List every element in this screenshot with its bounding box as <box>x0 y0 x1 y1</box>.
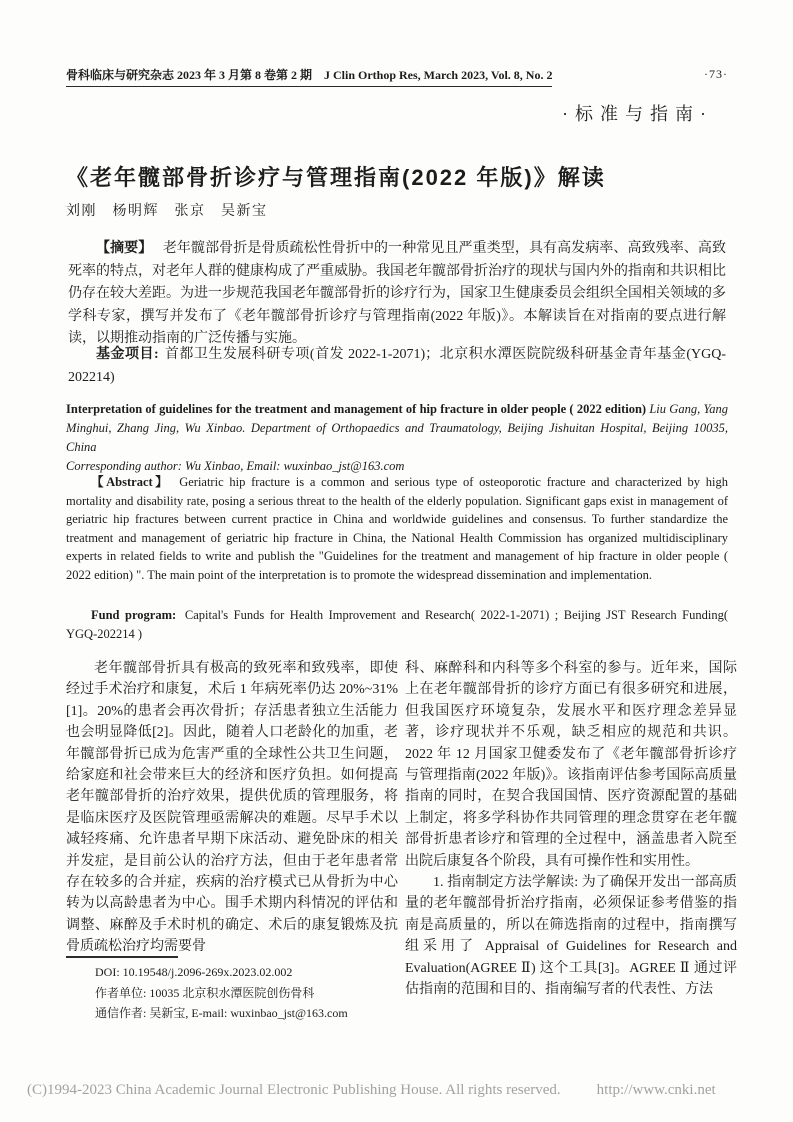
authors-line: 刘刚 杨明辉 张京 吴新宝 <box>66 200 728 220</box>
journal-citation-line: 骨科临床与研究杂志 2023 年 3 月第 8 卷第 2 期 J Clin Or… <box>66 66 552 87</box>
abstract-cn-label: 【摘要】 <box>96 241 152 256</box>
footer-url: http://www.cnki.net <box>597 1082 716 1099</box>
fund-en-label: Fund program: <box>91 608 176 622</box>
footnote-doi: DOI: 10.19548/j.2096-269x.2023.02.002 <box>95 962 406 983</box>
article-title: 《老年髋部骨折诊疗与管理指南(2022 年版)》解读 <box>66 161 728 192</box>
english-title-block: Interpretation of guidelines for the tre… <box>66 400 728 476</box>
abstract-en-label: 【Abstract】 <box>91 475 170 489</box>
footnote-affiliation: 作者单位: 10035 北京积水潭医院创伤骨科 <box>95 983 406 1004</box>
body-paragraph: 1. 指南制定方法学解读: 为了确保开发出一部高质量的老年髋部骨折治疗指南，必须… <box>405 872 737 1000</box>
page-header: 骨科临床与研究杂志 2023 年 3 月第 8 卷第 2 期 J Clin Or… <box>66 66 728 87</box>
footer-copyright: (C)1994-2023 China Academic Journal Elec… <box>27 1082 561 1099</box>
journal-page: 骨科临床与研究杂志 2023 年 3 月第 8 卷第 2 期 J Clin Or… <box>0 0 793 1122</box>
corresponding-author-line: Corresponding author: Wu Xinbao, Email: … <box>66 459 404 473</box>
body-paragraph: 科、麻醉科和内科等多个科室的参与。近年来，国际上在老年髋部骨折的诊疗方面已有很多… <box>405 658 737 872</box>
footnote-correspondence: 通信作者: 吴新宝, E-mail: wuxinbao_jst@163.com <box>95 1003 406 1024</box>
page-footer: (C)1994-2023 China Academic Journal Elec… <box>27 1082 767 1099</box>
body-right-column: 科、麻醉科和内科等多个科室的参与。近年来，国际上在老年髋部骨折的诊疗方面已有很多… <box>405 658 737 1001</box>
body-paragraph: 老年髋部骨折具有极高的致死率和致残率，即使经过手术治疗和康复，术后 1 年病死率… <box>66 658 398 958</box>
abstract-en: 【Abstract】Geriatric hip fracture is a co… <box>66 473 728 585</box>
fund-cn: 基金项目:首都卫生发展科研专项(首发 2022-1-2071)；北京积水潭医院院… <box>68 344 726 389</box>
english-title: Interpretation of guidelines for the tre… <box>66 402 646 416</box>
page-number: ·73· <box>704 66 728 82</box>
abstract-cn-text: 老年髋部骨折是骨质疏松性骨折中的一种常见且严重类型，具有高发病率、高致残率、高致… <box>68 241 726 346</box>
section-label: ·标准与指南· <box>562 100 713 126</box>
footnote-block: DOI: 10.19548/j.2096-269x.2023.02.002 作者… <box>66 962 406 1024</box>
fund-cn-text: 首都卫生发展科研专项(首发 2022-1-2071)；北京积水潭医院院级科研基金… <box>68 347 726 385</box>
abstract-cn: 【摘要】老年髋部骨折是骨质疏松性骨折中的一种常见且严重类型，具有高发病率、高致残… <box>68 238 726 351</box>
fund-cn-label: 基金项目: <box>96 347 159 362</box>
abstract-en-text: Geriatric hip fracture is a common and s… <box>66 475 728 582</box>
body-left-column: 老年髋部骨折具有极高的致死率和致残率，即使经过手术治疗和康复，术后 1 年病死率… <box>66 658 398 958</box>
fund-en: Fund program:Capital's Funds for Health … <box>66 606 728 644</box>
footnote-divider <box>66 956 178 958</box>
